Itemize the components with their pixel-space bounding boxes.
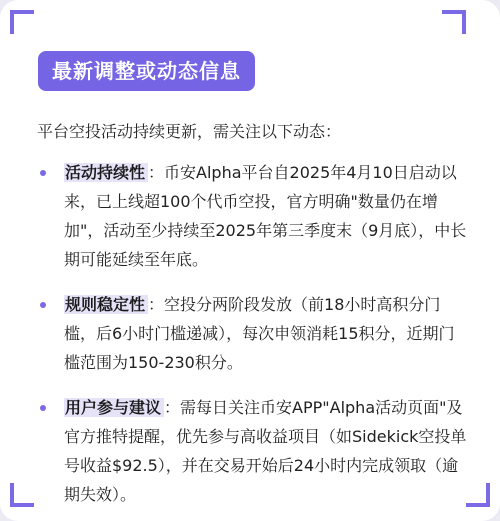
bullet-icon [40,405,46,411]
item-term: 规则稳定性 [64,295,148,314]
section-title: 最新调整或动态信息 [38,51,255,91]
update-list: 活动持续性：币安Alpha平台自2025年4月10日启动以来，已上线超100个代… [0,158,500,521]
corner-bracket-top-right-icon [442,10,466,34]
list-item: 规则稳定性：空投分两阶段发放（前18小时高积分门槛，后6小时门槛递减），每次申领… [0,290,500,377]
info-card: 最新调整或动态信息 平台空投活动持续更新，需关注以下动态： 活动持续性：币安Al… [0,0,500,521]
bullet-icon [40,302,46,308]
list-item: 用户参与建议：需每日关注币安APP"Alpha活动页面"及官方推特提醒，优先参与… [0,393,500,509]
item-separator: ： [148,163,164,182]
item-separator: ： [164,398,180,417]
item-term: 活动持续性 [64,163,148,182]
item-term: 用户参与建议 [64,398,164,417]
item-separator: ： [148,295,164,314]
intro-text: 平台空投活动持续更新，需关注以下动态： [37,120,341,144]
corner-bracket-top-left-icon [10,10,34,34]
bullet-icon [40,170,46,176]
list-item: 活动持续性：币安Alpha平台自2025年4月10日启动以来，已上线超100个代… [0,158,500,274]
